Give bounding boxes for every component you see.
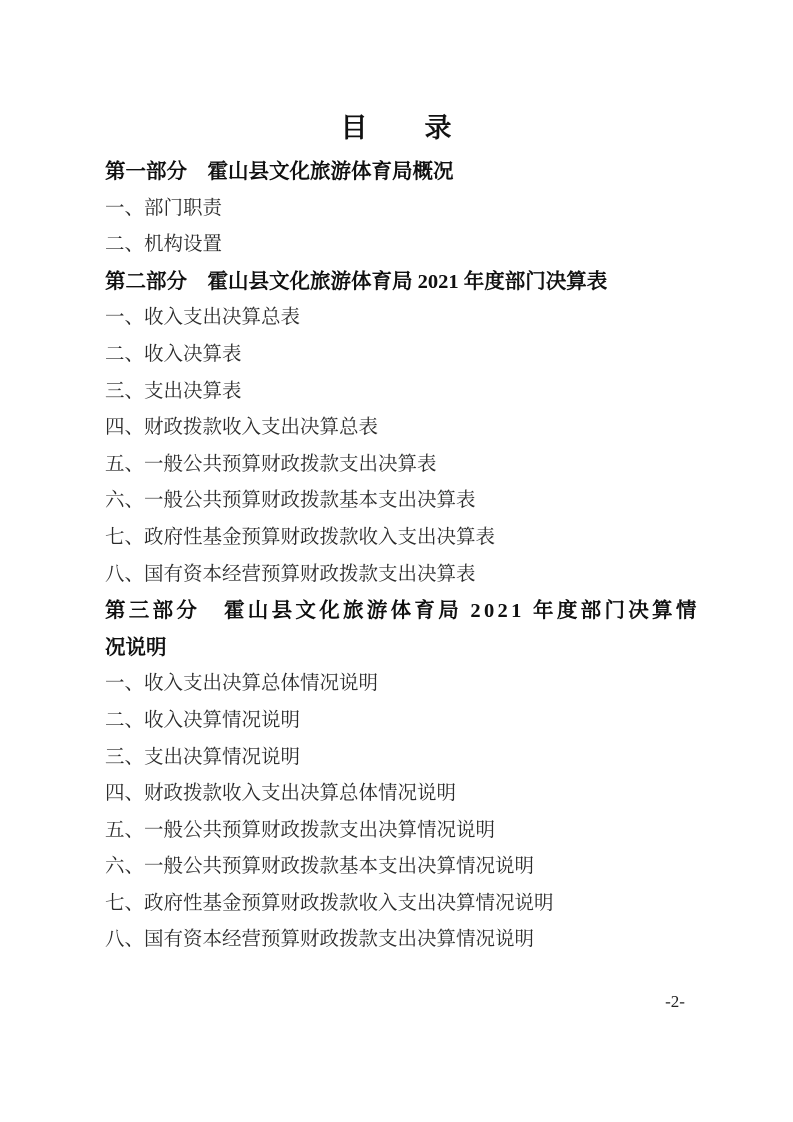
toc-item: 一、收入支出决算总体情况说明 xyxy=(105,666,701,703)
toc-item: 五、一般公共预算财政拨款支出决算表 xyxy=(105,447,701,484)
toc-item: 七、政府性基金预算财政拨款收入支出决算情况说明 xyxy=(105,886,701,923)
toc-item: 三、支出决算情况说明 xyxy=(105,740,701,777)
toc-item: 五、一般公共预算财政拨款支出决算情况说明 xyxy=(105,813,701,850)
toc-item: 六、一般公共预算财政拨款基本支出决算情况说明 xyxy=(105,849,701,886)
page-number: -2- xyxy=(649,991,701,1013)
toc-item: 二、收入决算表 xyxy=(105,337,701,374)
document-page: 目 录 第一部分 霍山县文化旅游体育局概况 一、部门职责 二、机构设置 第二部分… xyxy=(0,0,793,1122)
toc-item: 八、国有资本经营预算财政拨款支出决算表 xyxy=(105,557,701,594)
toc-heading-part1: 第一部分 霍山县文化旅游体育局概况 xyxy=(105,154,701,191)
toc-item: 六、一般公共预算财政拨款基本支出决算表 xyxy=(105,483,701,520)
page-title: 目 录 xyxy=(0,0,793,147)
toc-item: 四、财政拨款收入支出决算总体情况说明 xyxy=(105,776,701,813)
toc-item: 二、收入决算情况说明 xyxy=(105,703,701,740)
toc-heading-part2: 第二部分 霍山县文化旅游体育局 2021 年度部门决算表 xyxy=(105,264,701,301)
toc-item: 八、国有资本经营预算财政拨款支出决算情况说明 xyxy=(105,922,701,959)
toc-heading-part3-line1: 第三部分 霍山县文化旅游体育局 2021 年度部门决算情 xyxy=(105,593,701,630)
toc-item: 四、财政拨款收入支出决算总表 xyxy=(105,410,701,447)
toc-item: 一、收入支出决算总表 xyxy=(105,300,701,337)
toc-item: 七、政府性基金预算财政拨款收入支出决算表 xyxy=(105,520,701,557)
toc-item: 一、部门职责 xyxy=(105,191,701,228)
toc-heading-part3-line2: 况说明 xyxy=(105,630,701,667)
table-of-contents: 第一部分 霍山县文化旅游体育局概况 一、部门职责 二、机构设置 第二部分 霍山县… xyxy=(105,154,701,959)
toc-item: 二、机构设置 xyxy=(105,227,701,264)
toc-item: 三、支出决算表 xyxy=(105,374,701,411)
